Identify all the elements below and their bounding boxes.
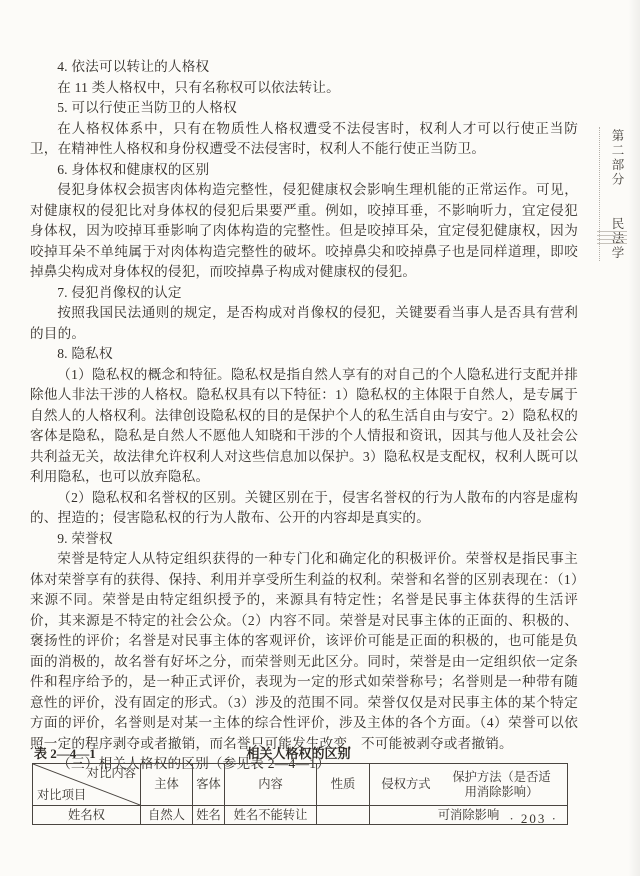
para-transferable-right: 在 11 类人格权中，只有名称权可以依法转让。 <box>30 78 578 99</box>
side-tab-stripes <box>597 231 627 244</box>
table-caption: 表 2—4—1 相关人格权的区别 <box>30 743 567 761</box>
para-self-defense-right: 在人格权体系中，只有在物质性人格权遭受不法侵害时，权利人才可以行使正当防卫，在精… <box>30 119 578 160</box>
cell-content: 姓名不能转让 <box>225 806 317 825</box>
para-privacy-concept: （1）隐私权的概念和特征。隐私权是指自然人享有的对自己的个人隐私进行支配并排除他… <box>30 365 578 488</box>
personality-rights-comparison-table: 对比内容 对比项目 主体 客体 内容 性质 侵权方式 保护方法（是否适用消除影响… <box>32 763 568 825</box>
col-header-content: 内容 <box>225 764 317 806</box>
diagonal-label-compare-item: 对比项目 <box>37 788 86 803</box>
heading-transferable-right: 4. 依法可以转让的人格权 <box>30 57 578 78</box>
col-header-nature: 性质 <box>317 764 370 806</box>
heading-privacy-right: 8. 隐私权 <box>30 344 578 365</box>
para-body-vs-health: 侵犯身体权会损害肉体构造完整性，侵犯健康权会影响生理机能的正常运作。可见，对健康… <box>30 180 578 283</box>
col-header-subject: 主体 <box>141 764 193 806</box>
diagonal-label-compare-content: 对比内容 <box>87 766 136 781</box>
heading-body-vs-health: 6. 身体权和健康权的区别 <box>30 160 578 181</box>
para-privacy-vs-reputation: （2）隐私权和名誉权的区别。关键区别在于，侵害名誉权的行为人散布的内容是虚构的、… <box>30 488 578 529</box>
col-header-infringe-protection: 侵权方式 保护方法（是否适用消除影响） <box>370 764 568 806</box>
side-tab-part: 第二部分 <box>610 129 624 187</box>
cell-object: 姓名 <box>193 806 225 825</box>
page-number: · 203 · <box>509 811 558 827</box>
cell-subject: 自然人 <box>141 806 193 825</box>
cell-nature <box>317 806 370 825</box>
cell-item: 姓名权 <box>33 806 141 825</box>
col-header-object: 客体 <box>193 764 225 806</box>
para-honor-right: 荣誉是特定人从特定组织获得的一种专门化和确定化的积极评价。荣誉权是指民事主体对荣… <box>30 549 578 754</box>
diagonal-header-cell: 对比内容 对比项目 <box>33 764 141 806</box>
col-header-protection: 保护方法（是否适用消除影响） <box>439 770 564 800</box>
scan-edge-shadow <box>628 0 640 876</box>
heading-honor-right: 9. 荣誉权 <box>30 529 578 550</box>
table-title: 相关人格权的区别 <box>30 743 567 762</box>
heading-self-defense-right: 5. 可以行使正当防卫的人格权 <box>30 98 578 119</box>
heading-portrait-right: 7. 侵犯肖像权的认定 <box>30 283 578 304</box>
page-body-text: 4. 依法可以转让的人格权 在 11 类人格权中，只有名称权可以依法转让。 5.… <box>30 57 578 775</box>
col-header-infringe: 侵权方式 <box>373 777 439 792</box>
para-portrait-right: 按照我国民法通则的规定，是否构成对肖像权的侵犯，关键要看当事人是否具有营利的目的… <box>30 303 578 344</box>
table-row-name-right: 姓名权 自然人 姓名 姓名不能转让 可消除影响 <box>33 806 568 825</box>
